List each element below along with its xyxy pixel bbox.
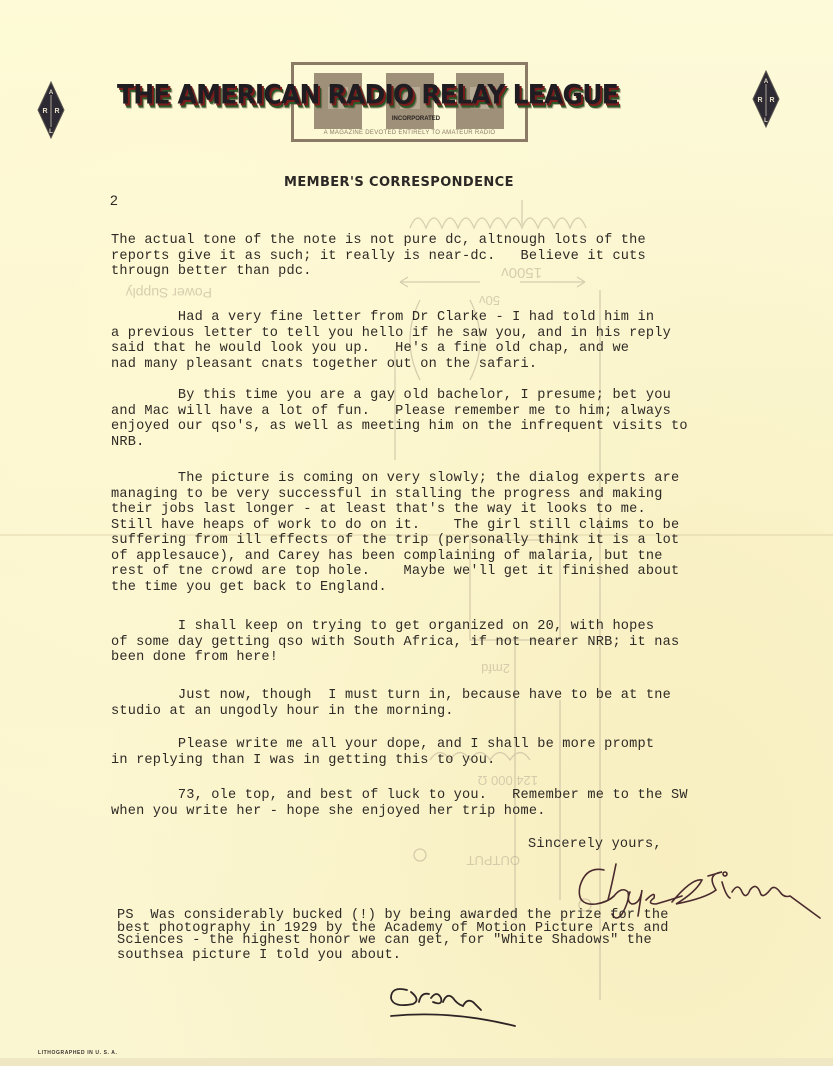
text-line: of some day getting qso with South Afric… [111, 635, 831, 651]
paragraph: Had a very fine letter from Dr Clarke - … [111, 310, 831, 372]
text-line: been done from here! [111, 650, 831, 666]
text-line: reports give it as such; it really is ne… [111, 249, 831, 265]
svg-text:R: R [757, 97, 762, 104]
section-title: MEMBER'S CORRESPONDENCE [284, 175, 514, 190]
text-line: The actual tone of the note is not pure … [111, 233, 831, 249]
text-line: a previous letter to tell you hello if h… [111, 326, 831, 342]
arrl-diamond-icon: A R R L [752, 70, 780, 128]
paragraph: By this time you are a gay old bachelor,… [111, 388, 831, 450]
text-line: nad many pleasant cnats together out on … [111, 357, 831, 373]
text-line: their jobs last longer - at least that's… [111, 502, 831, 518]
text-line: Had a very fine letter from Dr Clarke - … [111, 310, 831, 326]
text-line: NRB. [111, 435, 831, 451]
text-line: managing to be very successful in stalli… [111, 487, 831, 503]
text-line: in replying than I was in getting this t… [111, 753, 831, 769]
text-line: Just now, though I must turn in, because… [111, 688, 831, 704]
paragraph: I shall keep on trying to get organized … [111, 619, 831, 666]
printer-imprint: LITHOGRAPHED IN U. S. A. [38, 1050, 118, 1056]
text-line: By this time you are a gay old bachelor,… [111, 388, 831, 404]
svg-text:A: A [764, 79, 769, 85]
svg-text:L: L [764, 118, 768, 124]
text-line: I shall keep on trying to get organized … [111, 619, 831, 635]
initials-signature: Oren [385, 982, 525, 1037]
svg-text:A: A [49, 90, 54, 96]
svg-text:L: L [49, 129, 53, 135]
paper-bottom-edge [0, 1058, 833, 1066]
text-line: Still have heaps of work to do on it. Th… [111, 518, 831, 534]
paragraph: The picture is coming on very slowly; th… [111, 471, 831, 595]
paragraph: Just now, though I must turn in, because… [111, 688, 831, 719]
postscript-text: PS Was considerably bucked (!) by being … [117, 910, 833, 962]
text-line: of applesauce), and Carey has been compl… [111, 549, 831, 565]
text-line: suffering from ill effects of the trip (… [111, 533, 831, 549]
text-line: 73, ole top, and best of luck to you. Re… [111, 788, 831, 804]
paragraph: Please write me all your dope, and I sha… [111, 737, 831, 768]
text-line: southsea picture I told you about. [117, 950, 833, 963]
text-line: said that he would look you up. He's a f… [111, 341, 831, 357]
organization-title: THE AMERICAN RADIO RELAY LEAGUE [117, 79, 697, 109]
qst-tagline: A MAGAZINE DEVOTED ENTIRELY TO AMATEUR R… [294, 130, 525, 136]
text-line: studio at an ungodly hour in the morning… [111, 704, 831, 720]
svg-text:R: R [42, 108, 47, 115]
text-line: the time you get back to England. [111, 580, 831, 596]
incorporated-label: INCORPORATED [366, 116, 466, 122]
text-line: enjoyed our qso's, as well as meeting hi… [111, 419, 831, 435]
text-line: Sciences - the highest honor we can get,… [117, 935, 833, 948]
text-line: and Mac will have a lot of fun. Please r… [111, 404, 831, 420]
arrl-diamond-icon: A R R L [37, 81, 65, 139]
text-line: rest of tne crowd are top hole. Maybe we… [111, 564, 831, 580]
text-line: when you write her - hope she enjoyed he… [111, 804, 831, 820]
paragraph: 73, ole top, and best of luck to you. Re… [111, 788, 831, 819]
text-line: througn better than pdc. [111, 264, 831, 280]
text-line: The picture is coming on very slowly; th… [111, 471, 831, 487]
paragraph: The actual tone of the note is not pure … [111, 233, 831, 280]
page-number: 2 [110, 192, 118, 208]
closing: Sincerely yours, [528, 837, 833, 853]
svg-text:R: R [54, 108, 59, 115]
svg-text:R: R [769, 97, 774, 104]
text-line: Please write me all your dope, and I sha… [111, 737, 831, 753]
